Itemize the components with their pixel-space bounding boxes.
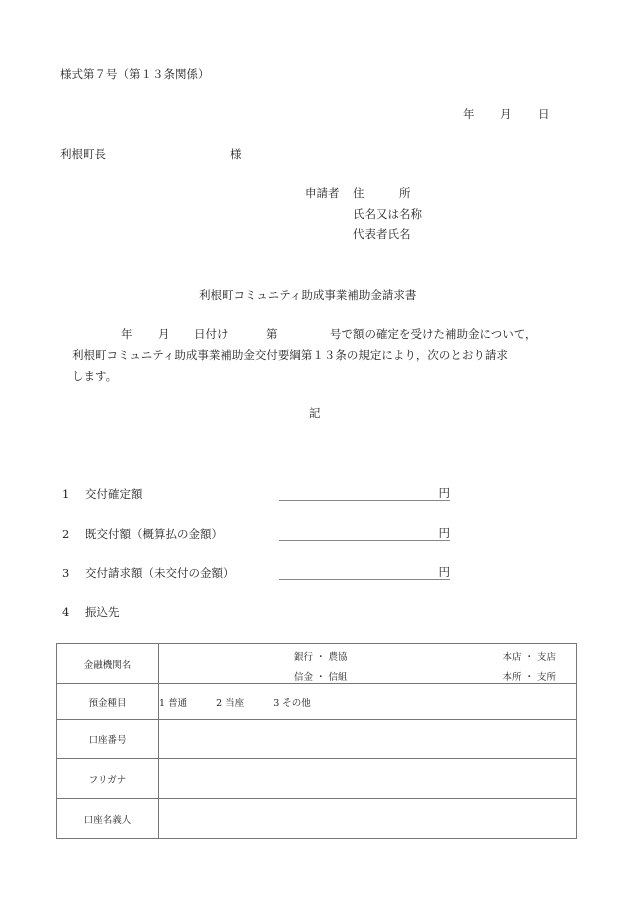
body-line3: します。 [72,369,117,383]
date-year: 年 [463,107,475,121]
furigana-field[interactable] [159,759,577,799]
addressee-honorific: 様 [230,147,242,161]
item-3-amount-field[interactable]: 円 [279,565,450,580]
applicant-label: 申請者 [305,186,340,200]
item-2-amount-field[interactable]: 円 [279,526,450,541]
deposit-type-label: 預金種目 [57,684,159,720]
branch-type-line-1: 本店 ・ 支店 [502,648,556,668]
bank-type-line-1: 銀行 ・ 農協 [294,648,348,668]
applicant-representative-label: 代表者氏名 [353,227,411,241]
bank-transfer-table: 金融機関名 銀行 ・ 農協 信金 ・ 信組 本店 ・ 支店 本所 ・ 支所 預金… [56,643,577,839]
table-row-deposit-type: 預金種目 1 普通 2 当座 3 その他 [57,684,577,720]
body-month: 月 [158,327,170,341]
account-holder-field[interactable] [159,799,577,839]
deposit-option-current[interactable]: 2 当座 [216,698,244,709]
body-line2: 利根町コミュニティ助成事業補助金交付要綱第１３条の規定により，次のとおり請求 [72,348,508,362]
deposit-option-other[interactable]: 3 その他 [273,698,311,709]
date-month: 月 [500,107,512,121]
item-3-label: 交付請求額（未交付の金額） [85,566,235,580]
item-2-label: 既交付額（概算払の金額） [85,527,223,541]
body-line1-rest: 号で額の確定を受けた補助金について， [330,327,537,341]
bank-type-options: 銀行 ・ 農協 信金 ・ 信組 [294,648,348,688]
account-holder-label: 口座名義人 [57,799,159,839]
item-1-num: 1 [62,487,69,501]
account-number-label: 口座番号 [57,720,159,759]
table-row-account-holder: 口座名義人 [57,799,577,839]
ki-heading: 記 [309,406,321,420]
document-title: 利根町コミュニティ助成事業補助金請求書 [199,288,416,302]
item-4-num: 4 [62,605,69,619]
item-1-unit: 円 [439,485,451,501]
applicant-address-label: 住 所 [353,186,411,200]
branch-type-options: 本店 ・ 支店 本所 ・ 支所 [502,648,556,688]
item-4-label: 振込先 [85,605,120,619]
furigana-label: フリガナ [57,759,159,799]
date-day: 日 [538,107,550,121]
deposit-type-field[interactable]: 1 普通 2 当座 3 その他 [159,684,577,720]
table-row-bank-name: 金融機関名 銀行 ・ 農協 信金 ・ 信組 本店 ・ 支店 本所 ・ 支所 [57,644,577,684]
item-2-num: 2 [62,527,69,541]
table-row-furigana: フリガナ [57,759,577,799]
bank-name-label: 金融機関名 [57,644,159,684]
item-3-num: 3 [62,566,69,580]
deposit-option-ordinary[interactable]: 1 普通 [159,698,187,709]
item-1-label: 交付確定額 [85,487,143,501]
applicant-name-label: 氏名又は名称 [353,207,422,221]
body-dated: 日付け [194,327,229,341]
item-2-unit: 円 [439,525,451,541]
account-number-field[interactable] [159,720,577,759]
addressee-name: 利根町長 [60,147,106,161]
item-3-unit: 円 [439,564,451,580]
form-number: 様式第７号（第１３条関係） [60,67,210,81]
item-1-amount-field[interactable]: 円 [279,486,450,501]
bank-name-field[interactable]: 銀行 ・ 農協 信金 ・ 信組 本店 ・ 支店 本所 ・ 支所 [159,644,577,684]
table-row-account-number: 口座番号 [57,720,577,759]
body-no: 第 [266,327,278,341]
body-year: 年 [121,327,133,341]
